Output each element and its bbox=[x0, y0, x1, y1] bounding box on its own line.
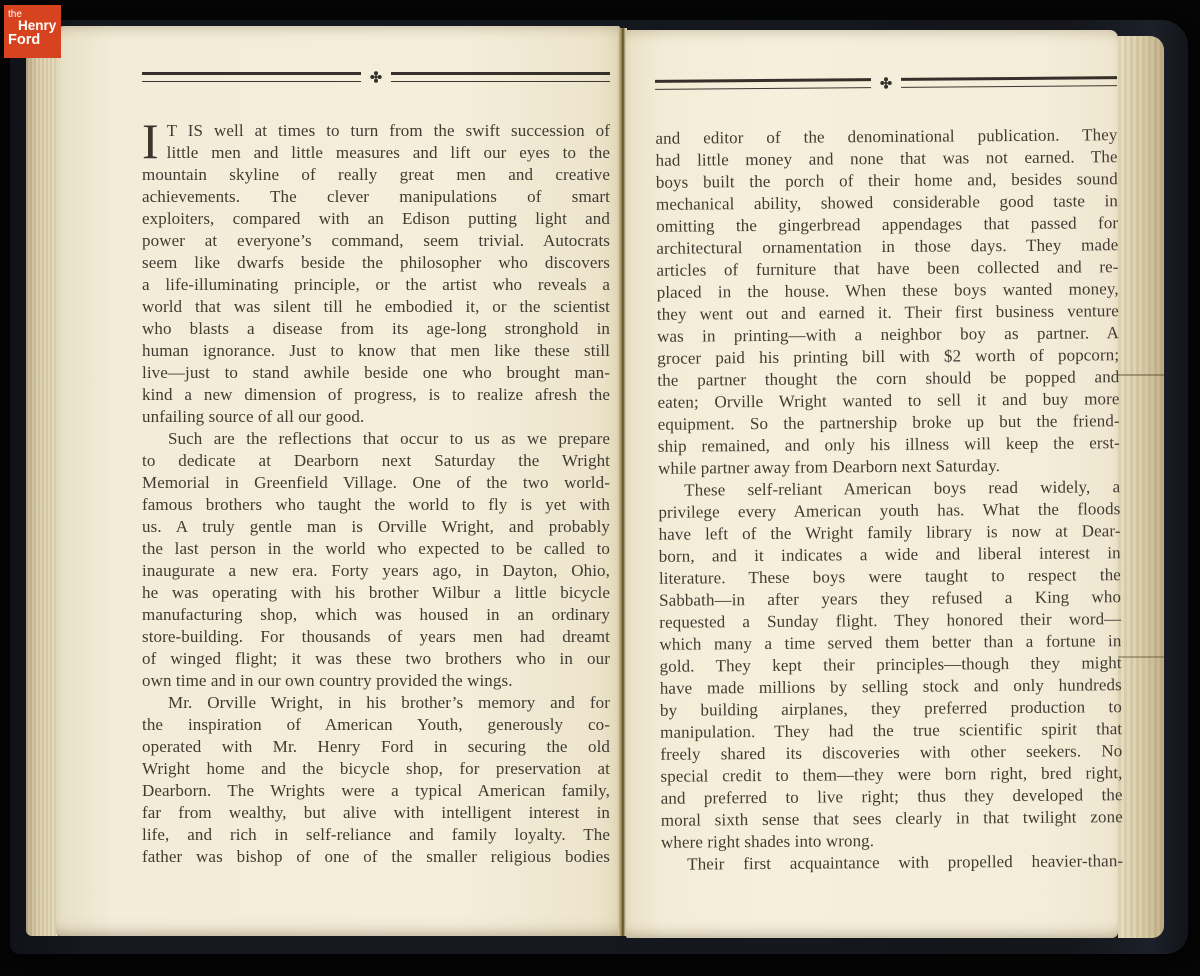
text-line: power at everyone’s command, seem trivia… bbox=[142, 230, 610, 252]
paragraph: IT IS well at times to turn from the swi… bbox=[142, 120, 610, 428]
page-left-text-block: IT IS well at times to turn from the swi… bbox=[142, 72, 610, 868]
double-rule-segment bbox=[142, 72, 361, 82]
page-right-text: and editor of the denominational publica… bbox=[655, 124, 1123, 876]
text-line: ship remained, and only his illness will… bbox=[658, 432, 1120, 458]
page-left: IT IS well at times to turn from the swi… bbox=[56, 26, 620, 936]
text-line: to dedicate at Dearborn next Saturday th… bbox=[142, 450, 610, 472]
text-line: father was bishop of one of the smaller … bbox=[142, 846, 610, 868]
text-line: seem like dwarfs beside the philosopher … bbox=[142, 252, 610, 274]
text-line: Wright home and the bicycle shop, for pr… bbox=[142, 758, 610, 780]
text-line: a life-illuminating principle, or the ar… bbox=[142, 274, 610, 296]
fleuron-icon bbox=[370, 71, 382, 83]
text-line: own time and in our own country provided… bbox=[142, 670, 610, 692]
text-line: Memorial in Greenfield Village. One of t… bbox=[142, 472, 610, 494]
text-line: operated with Mr. Henry Ford in securing… bbox=[142, 736, 610, 758]
text-line: he was operating with his brother Wilbur… bbox=[142, 582, 610, 604]
text-line: store-building. For thousands of years m… bbox=[142, 626, 610, 648]
text-line: the last person in the world who expecte… bbox=[142, 538, 610, 560]
text-line: world that was silent till he embodied i… bbox=[142, 296, 610, 318]
text-line: Such are the reflections that occur to u… bbox=[142, 428, 610, 450]
text-line: who blasts a disease from its age-long s… bbox=[142, 318, 610, 340]
text-line: Their first acquaintance with propelled … bbox=[661, 850, 1123, 876]
text-line: moral sixth sense that sees clearly in t… bbox=[661, 806, 1123, 832]
text-line: little men and little measures and lift … bbox=[142, 142, 610, 164]
text-line: far from wealthy, but alive with intelli… bbox=[142, 802, 610, 824]
text-line: the inspiration of American Youth, gener… bbox=[142, 714, 610, 736]
fleuron-icon bbox=[880, 77, 892, 89]
logo-word-ford: Ford bbox=[8, 33, 40, 48]
page-left-text: IT IS well at times to turn from the swi… bbox=[142, 120, 610, 868]
header-rule-right bbox=[655, 76, 1117, 90]
logo-word-henry: Henry bbox=[18, 19, 56, 33]
page-edges-left bbox=[26, 30, 58, 936]
double-rule-segment bbox=[655, 78, 871, 90]
paragraph: Such are the reflections that occur to u… bbox=[142, 428, 610, 692]
text-line: Dearborn. The Wrights were a typical Ame… bbox=[142, 780, 610, 802]
page-edges-right bbox=[1118, 36, 1164, 938]
text-line: inaugurate a new era. Forty years ago, i… bbox=[142, 560, 610, 582]
henry-ford-logo: the Henry Ford bbox=[4, 5, 61, 58]
paragraph: Their first acquaintance with propelled … bbox=[661, 850, 1123, 876]
double-rule-segment bbox=[391, 72, 610, 82]
text-line: mountain skyline of really great men and… bbox=[142, 164, 610, 186]
text-line: T IS well at times to turn from the swif… bbox=[142, 120, 610, 142]
text-line: manufacturing shop, which was housed in … bbox=[142, 604, 610, 626]
paragraph: Mr. Orville Wright, in his brother’s mem… bbox=[142, 692, 610, 868]
paragraph: These self-reliant American boys read wi… bbox=[658, 476, 1123, 854]
header-rule-left bbox=[142, 72, 610, 82]
text-line: achievements. The clever manipulations o… bbox=[142, 186, 610, 208]
text-line: us. A truly gentle man is Orville Wright… bbox=[142, 516, 610, 538]
page-right: and editor of the denominational publica… bbox=[626, 30, 1118, 938]
text-line: unfailing source of all our good. bbox=[142, 406, 610, 428]
text-line: exploiters, compared with an Edison putt… bbox=[142, 208, 610, 230]
double-rule-segment bbox=[901, 76, 1117, 88]
text-line: of winged flight; it was these two broth… bbox=[142, 648, 610, 670]
text-line: kind a new dimension of progress, is to … bbox=[142, 384, 610, 406]
page-right-text-block: and editor of the denominational publica… bbox=[655, 76, 1123, 876]
text-line: live—just to stand awhile beside one who… bbox=[142, 362, 610, 384]
text-line: life, and rich in self-reliance and fami… bbox=[142, 824, 610, 846]
text-line: human ignorance. Just to know that men l… bbox=[142, 340, 610, 362]
text-line: famous brothers who taught the world to … bbox=[142, 494, 610, 516]
text-line: Mr. Orville Wright, in his brother’s mem… bbox=[142, 692, 610, 714]
paragraph: and editor of the denominational publica… bbox=[655, 124, 1120, 480]
drop-cap: I bbox=[142, 121, 159, 163]
